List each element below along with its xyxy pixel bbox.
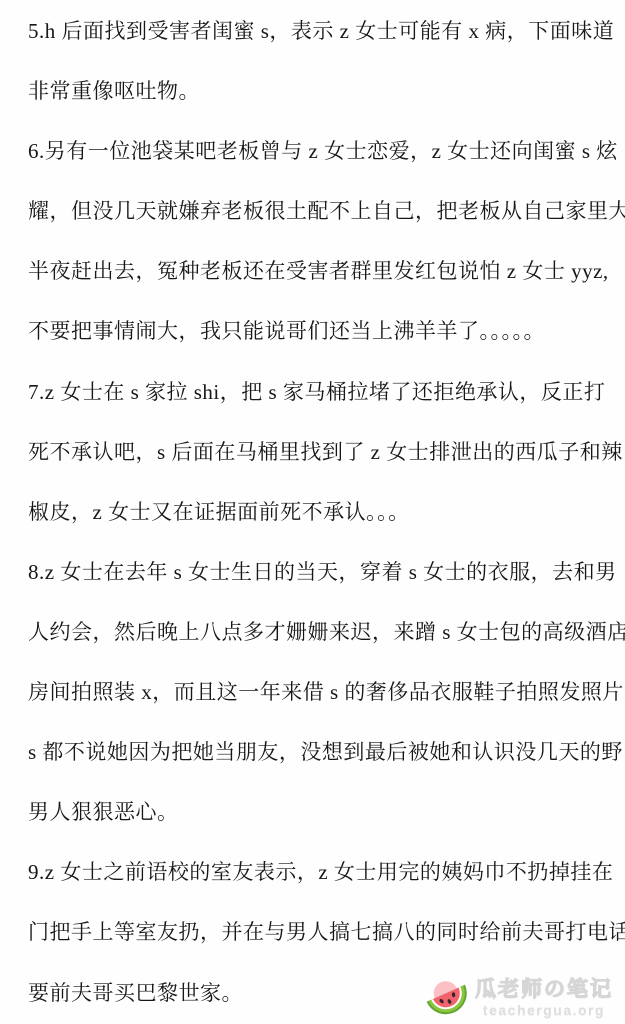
text-line: 男人狠狠恶心。 (28, 782, 600, 842)
text-line: 房间拍照装 x，而且这一年来借 s 的奢侈品衣服鞋子拍照发照片 (28, 662, 600, 722)
text-line: 椒皮，z 女士又在证据面前死不承认。。。 (28, 482, 600, 542)
paragraph-5: 5.h 后面找到受害者闺蜜 s，表示 z 女士可能有 x 病，下面味道 非常重像… (28, 1, 600, 121)
watermark-title: 瓜老师の笔记 (475, 977, 613, 1002)
watermark-text: 瓜老师の笔记 teachergua.org (475, 977, 613, 1019)
watermelon-icon (423, 976, 471, 1020)
text-line: s 都不说她因为把她当朋友，没想到最后被她和认识没几天的野 (28, 722, 600, 782)
text-block: 5.h 后面找到受害者闺蜜 s，表示 z 女士可能有 x 病，下面味道 非常重像… (28, 1, 600, 1023)
text-line: 非常重像呕吐物。 (28, 61, 600, 121)
text-line: 耀，但没几天就嫌弃老板很土配不上自己，把老板从自己家里大 (28, 181, 600, 241)
paragraph-7: 7.z 女士在 s 家拉 shi，把 s 家马桶拉堵了还拒绝承认，反正打 死不承… (28, 362, 600, 542)
text-line: 6.另有一位池袋某吧老板曾与 z 女士恋爱，z 女士还向闺蜜 s 炫 (28, 121, 600, 181)
document-page: 5.h 后面找到受害者闺蜜 s，表示 z 女士可能有 x 病，下面味道 非常重像… (0, 0, 625, 1024)
text-line: 5.h 后面找到受害者闺蜜 s，表示 z 女士可能有 x 病，下面味道 (28, 1, 600, 61)
text-line: 门把手上等室友扔，并在与男人搞七搞八的同时给前夫哥打电话 (28, 902, 600, 962)
text-line: 半夜赶出去，冤种老板还在受害者群里发红包说怕 z 女士 yyz, (28, 241, 600, 301)
text-line: 9.z 女士之前语校的室友表示，z 女士用完的姨妈巾不扔掉挂在 (28, 842, 600, 902)
text-line: 不要把事情闹大，我只能说哥们还当上沸羊羊了。。。。。 (28, 301, 600, 361)
text-line: 人约会，然后晚上八点多才姗姗来迟，来蹭 s 女士包的高级酒店 (28, 602, 600, 662)
text-line: 7.z 女士在 s 家拉 shi，把 s 家马桶拉堵了还拒绝承认，反正打 (28, 362, 600, 422)
paragraph-8: 8.z 女士在去年 s 女士生日的当天，穿着 s 女士的衣服，去和男 人约会，然… (28, 542, 600, 842)
watermark-url: teachergua.org (483, 1003, 605, 1018)
paragraph-6: 6.另有一位池袋某吧老板曾与 z 女士恋爱，z 女士还向闺蜜 s 炫 耀，但没几… (28, 121, 600, 361)
watermark: 瓜老师の笔记 teachergua.org (423, 976, 613, 1020)
text-line: 8.z 女士在去年 s 女士生日的当天，穿着 s 女士的衣服，去和男 (28, 542, 600, 602)
text-line: 死不承认吧，s 后面在马桶里找到了 z 女士排泄出的西瓜子和辣 (28, 422, 600, 482)
